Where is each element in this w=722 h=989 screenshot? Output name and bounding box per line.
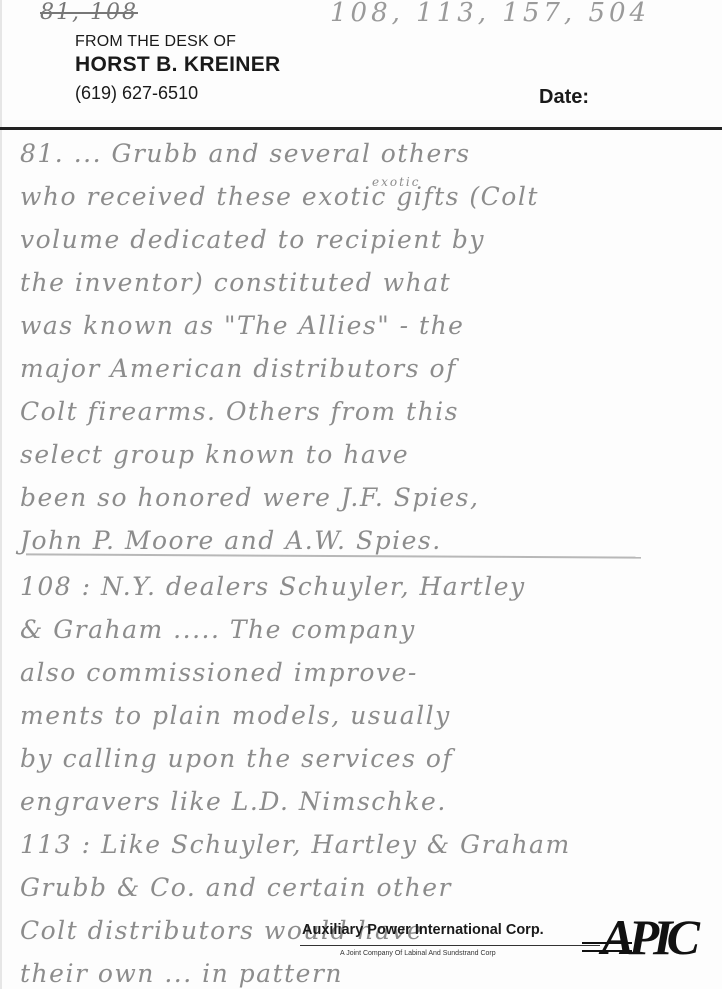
handwritten-line: was known as "The Allies" - the bbox=[20, 304, 710, 347]
letterhead-rule bbox=[0, 127, 722, 130]
scan-edge bbox=[0, 0, 2, 989]
handwritten-line: engravers like L.D. Nimschke. bbox=[20, 780, 710, 823]
apic-logo: APIC bbox=[582, 912, 694, 962]
handwritten-line: Colt firearms. Others from this bbox=[20, 390, 710, 433]
handwritten-text: who received these exotic gifts (Colt bbox=[20, 182, 539, 211]
letterhead-name: HORST B. KREINER bbox=[75, 52, 280, 78]
memo-page: 81, 108 108, 113, 157, 504 FROM THE DESK… bbox=[0, 0, 722, 989]
date-label: Date: bbox=[539, 86, 589, 109]
handwritten-line: major American distributors of bbox=[20, 347, 710, 390]
handwritten-line: 113 : Like Schuyler, Hartley & Graham bbox=[20, 823, 710, 866]
note-81: 81. ... Grubb and several others who rec… bbox=[20, 132, 710, 562]
top-annotation: 81, 108 108, 113, 157, 504 bbox=[40, 0, 138, 25]
handwritten-line: been so honored were J.F. Spies, bbox=[20, 476, 710, 519]
handwritten-line: & Graham ..... The company bbox=[20, 608, 710, 651]
footer-subtitle: A Joint Company Of Labinal And Sundstran… bbox=[340, 950, 496, 957]
handwritten-line: by calling upon the services of bbox=[20, 737, 710, 780]
struck-annotation: 81, 108 bbox=[40, 0, 138, 25]
letterhead-from-label: FROM THE DESK OF bbox=[75, 32, 280, 52]
footer-rule bbox=[300, 945, 600, 946]
handwritten-line: Grubb & Co. and certain other bbox=[20, 866, 710, 909]
handwritten-line: who received these exotic gifts (Colt ex… bbox=[20, 175, 710, 218]
handwritten-line: select group known to have bbox=[20, 433, 710, 476]
letterhead: FROM THE DESK OF HORST B. KREINER (619) … bbox=[75, 32, 280, 106]
handwritten-line: volume dedicated to recipient by bbox=[20, 218, 710, 261]
handwritten-line: ments to plain models, usually bbox=[20, 694, 710, 737]
handwritten-line: also commissioned improve- bbox=[20, 651, 710, 694]
handwritten-line: 81. ... Grubb and several others bbox=[20, 132, 710, 175]
handwritten-line: 108 : N.Y. dealers Schuyler, Hartley bbox=[20, 565, 710, 608]
letterhead-phone: (619) 627-6510 bbox=[75, 80, 280, 106]
page-refs-annotation: 108, 113, 157, 504 bbox=[330, 0, 650, 28]
logo-text: APIC bbox=[601, 912, 694, 962]
insertion-annotation: exotic bbox=[372, 161, 420, 204]
handwritten-line: the inventor) constituted what bbox=[20, 261, 710, 304]
footer-company-name: Auxiliary Power International Corp. bbox=[302, 922, 544, 938]
